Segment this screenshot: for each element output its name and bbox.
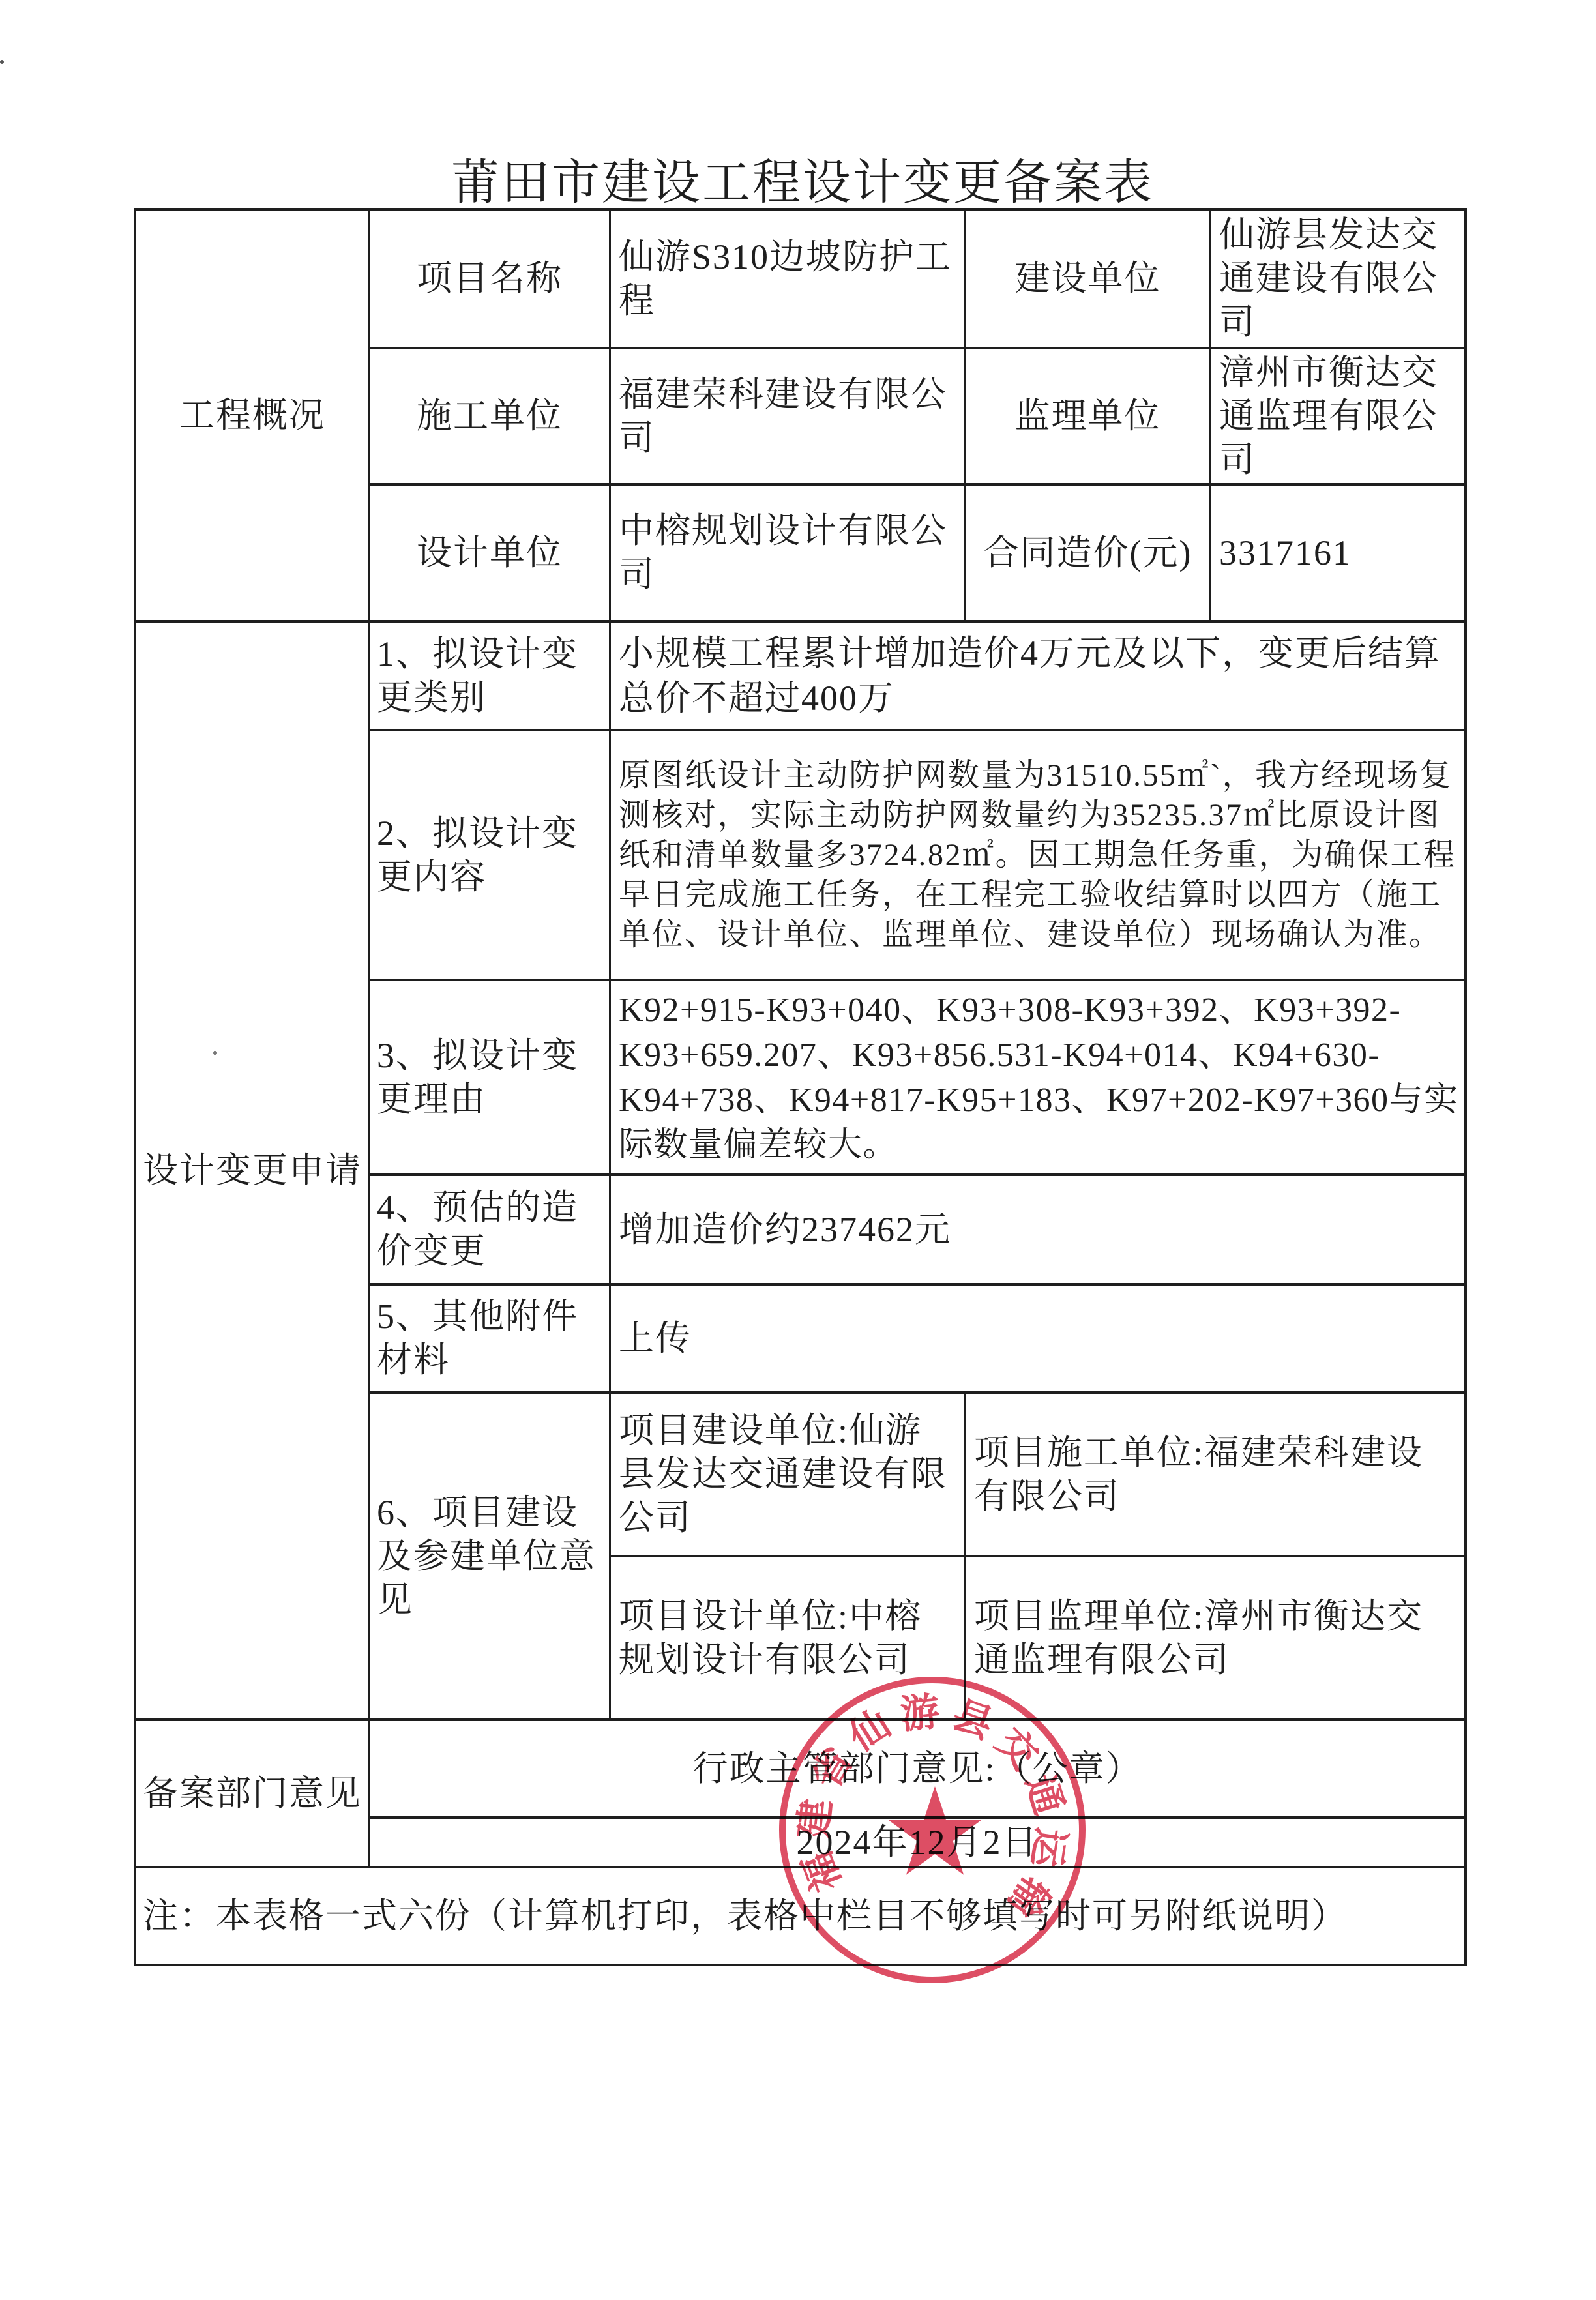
text-line: 司 — [619, 553, 947, 597]
text-line: 际数量偏差较大。 — [619, 1123, 1459, 1168]
date-text: 2024年12月2日 — [797, 1821, 1039, 1865]
text-line: 项目监理单位:漳州市衡达交 — [974, 1595, 1423, 1638]
content-change-category: 小规模工程累计增加造价4万元及以下，变更后结算总价不超过400万 — [611, 623, 1467, 731]
opinion-text: 项目监理单位:漳州市衡达交通监理有限公司 — [974, 1595, 1423, 1682]
label-change-category: 1、拟设计变更类别 — [370, 623, 611, 731]
text-line: 更内容 — [377, 855, 578, 899]
text-line: 福建荣科建设有限公 — [619, 373, 947, 417]
value-supervisor-unit: 漳州市衡达交通监理有限公司 — [1211, 349, 1467, 486]
label-change-content: 2、拟设计变更内容 — [370, 731, 611, 981]
content-text: 上传 — [619, 1317, 692, 1361]
content-text: 原图纸设计主动防护网数量为31510.55㎡`，我方经现场复测核对，实际主动防护… — [619, 756, 1456, 954]
content-text: 小规模工程累计增加造价4万元及以下，变更后结算总价不超过400万 — [619, 631, 1441, 721]
text-line: 增加造价约237462元 — [619, 1208, 951, 1252]
text-line: 漳州市衡达交 — [1219, 351, 1438, 394]
text-line: 仙游S310边坡防护工 — [619, 235, 952, 279]
label-text: 2、拟设计变更内容 — [377, 812, 578, 899]
label-text: 5、其他附件材料 — [377, 1295, 578, 1382]
content-change-reason: K92+915-K93+040、K93+308-K93+392、K93+392-… — [611, 981, 1467, 1176]
text-line: 价变更 — [377, 1230, 578, 1273]
label-supervisor-unit: 监理单位 — [966, 349, 1211, 486]
opinion-contractor-unit: 项目施工单位:福建荣科建设有限公司 — [966, 1394, 1467, 1557]
label-text: 施工单位 — [417, 394, 563, 438]
text-line: K93+659.207、K93+856.531-K94+014、K94+630- — [619, 1033, 1459, 1078]
text-line: 1、拟设计变 — [377, 632, 578, 676]
text-line: 司 — [1219, 301, 1438, 344]
text-line: 测核对，实际主动防护网数量约为35235.37㎡比原设计图 — [619, 795, 1456, 835]
text-line: 更类别 — [377, 676, 578, 720]
opinion-supervisor-unit: 项目监理单位:漳州市衡达交通监理有限公司 — [966, 1557, 1467, 1721]
content-change-content: 原图纸设计主动防护网数量为31510.55㎡`，我方经现场复测核对，实际主动防护… — [611, 731, 1467, 981]
filing-opinion-label: 行政主管部门意见:（公章） — [370, 1721, 1467, 1819]
section-label-filing: 备案部门意见 — [136, 1721, 370, 1868]
text-line: 通建设有限公 — [1219, 257, 1438, 301]
opinion-label-text: 行政主管部门意见:（公章） — [692, 1747, 1142, 1791]
label-text: 4、预估的造价变更 — [377, 1186, 578, 1273]
value-contract-price: 3317161 — [1211, 486, 1467, 623]
text-line: 6、项目建设 — [377, 1491, 596, 1535]
value-project-name: 仙游S310边坡防护工程 — [611, 211, 966, 349]
text-line: 司 — [1219, 438, 1438, 482]
text-line: 材料 — [377, 1338, 578, 1382]
label-contractor-unit: 施工单位 — [370, 349, 611, 486]
opinion-owner-unit: 项目建设单位:仙游县发达交通建设有限公司 — [611, 1394, 966, 1557]
text-line: 通监理有限公 — [1219, 394, 1438, 438]
opinion-text: 项目施工单位:福建荣科建设有限公司 — [974, 1431, 1423, 1518]
text-line: 2、拟设计变 — [377, 812, 578, 855]
value-text: 仙游县发达交通建设有限公司 — [1219, 213, 1438, 344]
content-text: K92+915-K93+040、K93+308-K93+392、K93+392-… — [619, 988, 1459, 1168]
value-text: 3317161 — [1219, 531, 1352, 575]
content-estimated-cost-change: 增加造价约237462元 — [611, 1176, 1467, 1286]
text-line: K92+915-K93+040、K93+308-K93+392、K93+392- — [619, 988, 1459, 1033]
text-line: 项目施工单位:福建荣科建设 — [974, 1431, 1423, 1475]
label-project-name: 项目名称 — [370, 211, 611, 349]
label-estimated-cost-change: 4、预估的造价变更 — [370, 1176, 611, 1286]
label-text: 监理单位 — [1015, 394, 1161, 438]
text-line: K94+738、K94+817-K95+183、K97+202-K97+360与… — [619, 1078, 1459, 1123]
label-text: 设计单位 — [417, 531, 563, 575]
label-text: 6、项目建设及参建单位意见 — [377, 1491, 596, 1622]
text-line: 仙游县发达交 — [1219, 213, 1438, 257]
text-line: 县发达交通建设有限 — [619, 1452, 947, 1496]
value-text: 漳州市衡达交通监理有限公司 — [1219, 351, 1438, 482]
text-line: 原图纸设计主动防护网数量为31510.55㎡`，我方经现场复 — [619, 756, 1456, 795]
value-text: 福建荣科建设有限公司 — [619, 373, 947, 460]
scan-artifact-dot — [0, 60, 4, 64]
text-line: 中榕规划设计有限公 — [619, 509, 947, 553]
value-owner-unit: 仙游县发达交通建设有限公司 — [1211, 211, 1467, 349]
section-label-overview: 工程概况 — [136, 211, 370, 623]
text-line: 单位、设计单位、监理单位、建设单位）现场确认为准。 — [619, 915, 1456, 954]
content-text: 增加造价约237462元 — [619, 1208, 951, 1252]
section-label-change-request: 设计变更申请 — [136, 623, 370, 1721]
text-line: 及参建单位意 — [377, 1535, 596, 1578]
text-line: 项目设计单位:中榕 — [619, 1595, 922, 1638]
text-line: 程 — [619, 279, 952, 323]
text-line: 总价不超过400万 — [619, 676, 1441, 721]
label-owner-unit: 建设单位 — [966, 211, 1211, 349]
text-line: 见 — [377, 1578, 596, 1622]
text-line: 纸和清单数量多3724.82㎡。因工期急任务重，为确保工程 — [619, 835, 1456, 875]
opinion-design-unit: 项目设计单位:中榕规划设计有限公司 — [611, 1557, 966, 1721]
text-line: 3、拟设计变 — [377, 1034, 578, 1078]
value-text: 中榕规划设计有限公司 — [619, 509, 947, 597]
opinion-text: 项目设计单位:中榕规划设计有限公司 — [619, 1595, 922, 1682]
text-line: 上传 — [619, 1317, 692, 1361]
filing-date: 2024年12月2日 — [370, 1819, 1467, 1868]
section-label-text: 工程概况 — [179, 394, 325, 437]
label-attachments: 5、其他附件材料 — [370, 1286, 611, 1394]
label-text: 项目名称 — [417, 257, 563, 301]
text-line: 公司 — [619, 1496, 947, 1540]
text-line: 规划设计有限公司 — [619, 1638, 922, 1682]
document-title: 莆田市建设工程设计变更备案表 — [0, 155, 1596, 211]
text-line: 有限公司 — [974, 1475, 1423, 1518]
label-text: 1、拟设计变更类别 — [377, 632, 578, 720]
note-text: 注：本表格一式六份（计算机打印，表格中栏目不够填写时可另附纸说明） — [143, 1895, 1348, 1938]
label-unit-opinions: 6、项目建设及参建单位意见 — [370, 1394, 611, 1721]
label-text: 合同造价(元) — [984, 531, 1192, 575]
content-attachments: 上传 — [611, 1286, 1467, 1394]
opinion-text: 项目建设单位:仙游县发达交通建设有限公司 — [619, 1409, 947, 1540]
text-line: 小规模工程累计增加造价4万元及以下，变更后结算 — [619, 631, 1441, 676]
label-contract-price: 合同造价(元) — [966, 486, 1211, 623]
label-text: 3、拟设计变更理由 — [377, 1034, 578, 1121]
text-line: 更理由 — [377, 1078, 578, 1121]
value-text: 仙游S310边坡防护工程 — [619, 235, 952, 323]
text-line: 4、预估的造 — [377, 1186, 578, 1230]
text-line: 司 — [619, 417, 947, 460]
label-design-unit: 设计单位 — [370, 486, 611, 623]
section-label-text: 设计变更申请 — [143, 1149, 362, 1192]
section-label-text: 备案部门意见 — [143, 1772, 362, 1816]
text-line: 通监理有限公司 — [974, 1638, 1423, 1682]
filing-form-table: 工程概况 项目名称 仙游S310边坡防护工程 建设单位 仙游县发达交通建设有限公… — [134, 208, 1467, 1966]
form-note: 注：本表格一式六份（计算机打印，表格中栏目不够填写时可另附纸说明） — [136, 1868, 1467, 1966]
text-line: 项目建设单位:仙游 — [619, 1409, 947, 1452]
label-change-reason: 3、拟设计变更理由 — [370, 981, 611, 1176]
text-line: 5、其他附件 — [377, 1295, 578, 1338]
value-design-unit: 中榕规划设计有限公司 — [611, 486, 966, 623]
value-contractor-unit: 福建荣科建设有限公司 — [611, 349, 966, 486]
text-line: 早日完成施工任务，在工程完工验收结算时以四方（施工 — [619, 875, 1456, 915]
text-line: 3317161 — [1219, 531, 1352, 575]
label-text: 建设单位 — [1015, 257, 1161, 301]
